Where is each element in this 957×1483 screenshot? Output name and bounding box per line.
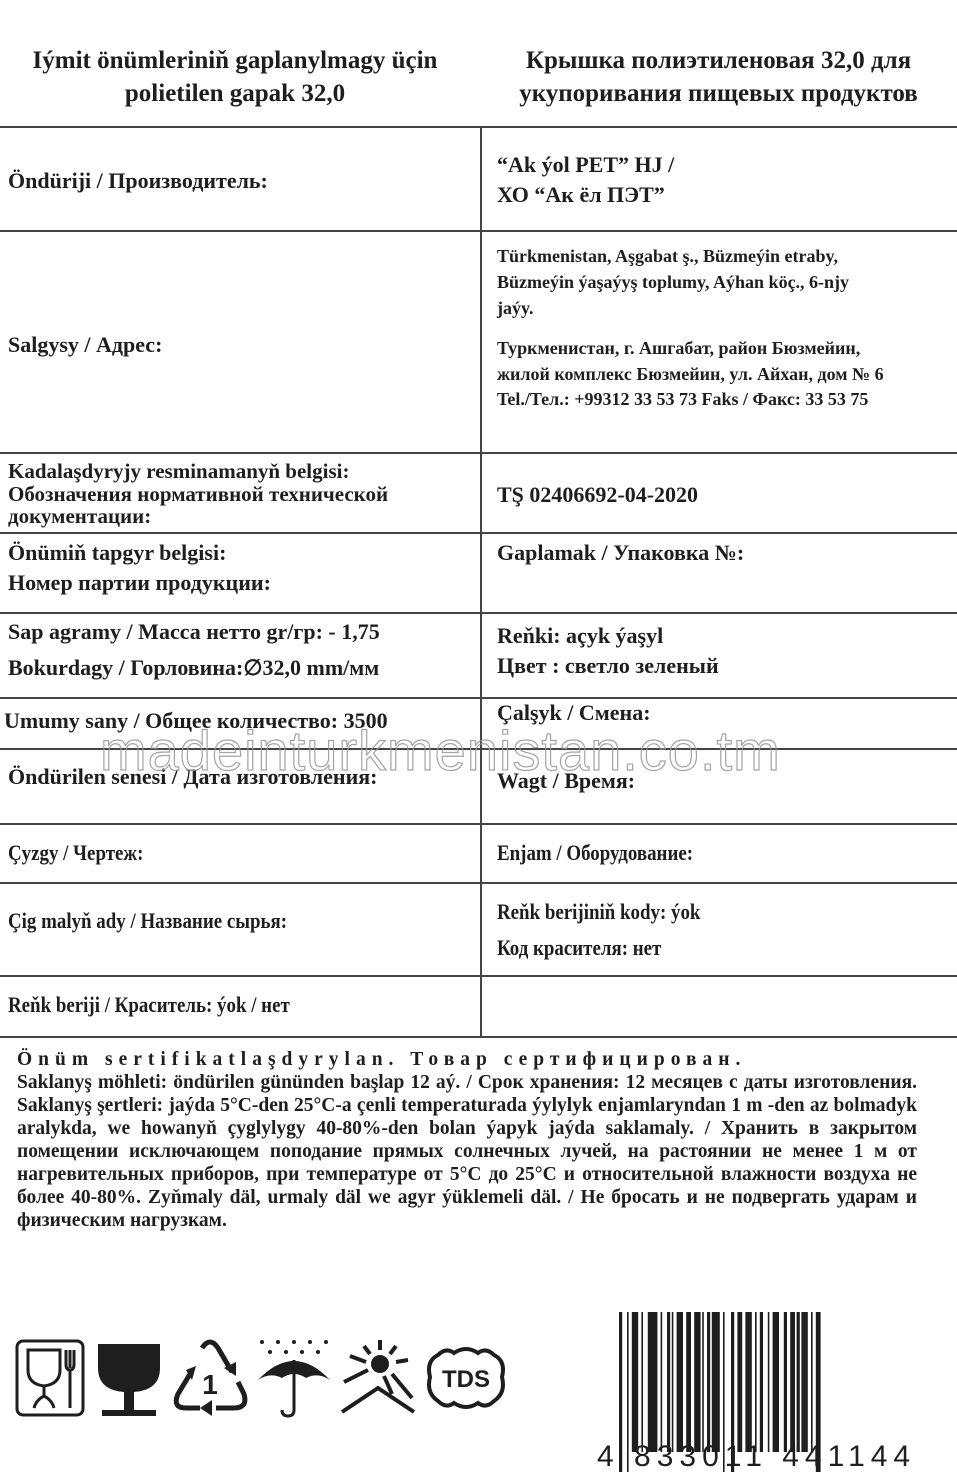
- drawing-label: Çyzgy / Чертеж:: [8, 838, 143, 868]
- packaging-label: Gaplamak / Упаковка №:: [497, 538, 744, 568]
- packaging-symbols: 1 TDS: [14, 1338, 508, 1418]
- keep-away-from-sunlight-icon: [340, 1338, 416, 1418]
- batch-label-tm: Önümiň tapgyr belgisi:: [8, 538, 226, 568]
- divider: [0, 1036, 957, 1038]
- title-russian: Крышка полиэтиленовая 32,0 для укупорива…: [480, 44, 957, 110]
- address-phone: Tel./Тел.: +99312 33 53 73 Faks / Факс: …: [497, 386, 868, 412]
- divider: [0, 882, 957, 884]
- address-ru-line-2: жилой комплекс Бюзмейин, ул. Айхан, дом …: [497, 361, 884, 387]
- fragile-glass-icon: [94, 1338, 164, 1418]
- standard-value: TŞ 02406692-04-2020: [497, 480, 698, 510]
- dye-code-ru: Код красителя: нет: [497, 933, 661, 963]
- standard-label-tm: Kadalaşdyryjy resminamanyň belgisi:: [8, 461, 349, 482]
- producer-value-tm: “Ak ýol PET” HJ /: [497, 150, 674, 180]
- food-safe-icon: [14, 1338, 86, 1418]
- storage-conditions: Saklanyş möhleti: öndürilen gününden baş…: [17, 1071, 917, 1232]
- divider: [0, 823, 957, 825]
- divider: [0, 126, 957, 128]
- divider: [0, 230, 957, 232]
- storage-note: Önüm sertifikatlaşdyrylan. Товар сертифи…: [17, 1048, 917, 1232]
- watermark: madeinturkmenistan.co.tm: [100, 718, 781, 783]
- divider: [0, 975, 957, 977]
- address-label: Salgysy / Адрес:: [8, 330, 162, 360]
- producer-value-ru: ХО “Ак ёл ПЭТ”: [497, 180, 665, 210]
- svg-text:TDS: TDS: [442, 1366, 490, 1393]
- recycle-pet-1-icon: 1: [172, 1338, 248, 1418]
- divider: [0, 697, 957, 699]
- address-tm-line-2: Büzmeýin ýaşaýyş toplumy, Aýhan köç., 6-…: [497, 269, 849, 295]
- batch-label-ru: Номер партии продукции:: [8, 568, 271, 598]
- standard-label-ru-1: Обозначения нормативной технической: [8, 484, 388, 505]
- net-weight: Sap agramy / Масса нетто gr/гр: - 1,75: [8, 617, 380, 647]
- address-tm-line-3: jaýy.: [497, 295, 534, 321]
- svg-text:1: 1: [202, 1369, 218, 1400]
- producer-label: Öndüriji / Производитель:: [8, 166, 268, 196]
- raw-material-label: Çig malyň ady / Название сырья:: [8, 906, 287, 936]
- address-ru-line-1: Туркменистан, г. Ашгабат, район Бюзмейин…: [497, 335, 860, 361]
- tds-mark-icon: TDS: [424, 1343, 508, 1413]
- dye-code-tm: Reňk berijiniň kody: ýok: [497, 897, 700, 927]
- dye-label: Reňk beriji / Краситель: ýok / нет: [8, 990, 290, 1020]
- column-divider: [480, 126, 482, 1038]
- address-tm-line-1: Türkmenistan, Aşgabat ş., Büzmeýin etrab…: [497, 243, 838, 269]
- keep-dry-umbrella-icon: [256, 1338, 332, 1418]
- equipment-label: Enjam / Оборудование:: [497, 838, 693, 868]
- neck-diameter: Bokurdagy / Горловина:∅32,0 mm/мм: [8, 653, 379, 683]
- divider: [0, 532, 957, 534]
- color-tm: Reňki: açyk ýaşyl: [497, 621, 663, 651]
- standard-label-ru-2: документации:: [8, 506, 151, 527]
- divider: [0, 452, 957, 454]
- title-turkmen: Iýmit önümleriniň gaplanylmagy üçin poli…: [0, 44, 470, 110]
- certified-statement: Önüm sertifikatlaşdyrylan. Товар сертифи…: [17, 1048, 917, 1071]
- color-ru: Цвет : светло зеленый: [497, 651, 719, 681]
- divider: [0, 612, 957, 614]
- barcode-digits: 4 833011 441144: [597, 1440, 916, 1474]
